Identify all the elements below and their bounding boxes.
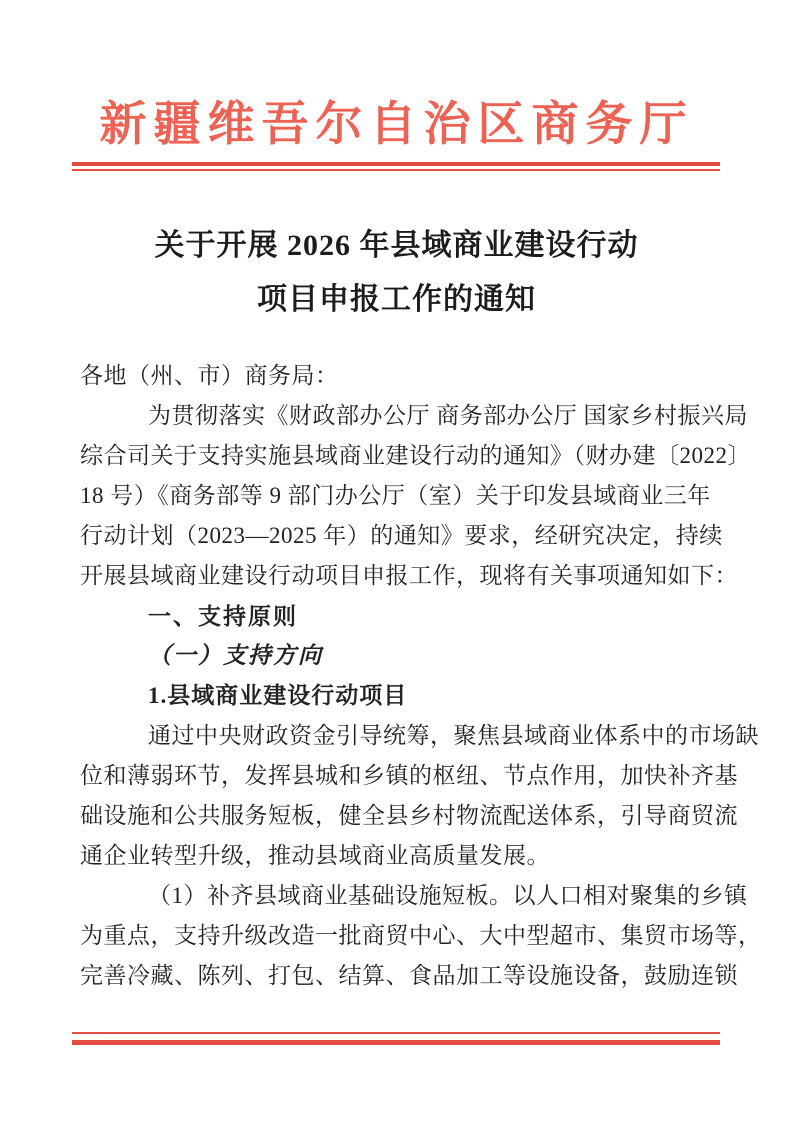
document-body: 各地（州、市）商务局： 为贯彻落实《财政部办公厅 商务部办公厅 国家乡村振兴局 … xyxy=(80,356,716,996)
document-page: 新疆维吾尔自治区商务厅 关于开展 2026 年县域商业建设行动 项目申报工作的通… xyxy=(0,0,793,1122)
body-line: 位和薄弱环节，发挥县城和乡镇的枢纽、节点作用，加快补齐基 xyxy=(80,756,716,796)
body-line: 18 号）《商务部等 9 部门办公厅（室）关于印发县域商业三年 xyxy=(80,476,716,516)
section-heading-1: 一、支持原则 xyxy=(80,596,716,636)
title-line-2: 项目申报工作的通知 xyxy=(0,273,793,327)
agency-header: 新疆维吾尔自治区商务厅 xyxy=(0,96,793,154)
body-line: 综合司关于支持实施县域商业建设行动的通知》（财办建〔2022〕 xyxy=(80,436,716,476)
document-title: 关于开展 2026 年县域商业建设行动 项目申报工作的通知 xyxy=(0,219,793,327)
body-line: 通过中央财政资金引导统筹，聚焦县域商业体系中的市场缺 xyxy=(80,716,716,756)
body-line: 行动计划（2023—2025 年）的通知》要求，经研究决定，持续 xyxy=(80,516,716,556)
body-line: 通企业转型升级，推动县域商业高质量发展。 xyxy=(80,836,716,876)
body-line: 为贯彻落实《财政部办公厅 商务部办公厅 国家乡村振兴局 xyxy=(80,396,716,436)
body-line: 完善冷藏、陈列、打包、结算、食品加工等设施设备，鼓励连锁 xyxy=(80,956,716,996)
body-line: （1）补齐县域商业基础设施短板。以人口相对聚集的乡镇 xyxy=(80,876,716,916)
header-double-rule xyxy=(72,162,720,171)
body-line: 开展县域商业建设行动项目申报工作，现将有关事项通知如下： xyxy=(80,556,716,596)
body-line: 础设施和公共服务短板，健全县乡村物流配送体系，引导商贸流 xyxy=(80,796,716,836)
body-line: 为重点，支持升级改造一批商贸中心、大中型超市、集贸市场等， xyxy=(80,916,716,956)
footer-double-rule xyxy=(72,1032,720,1045)
section-heading-2: （一）支持方向 xyxy=(80,636,716,676)
salutation-line: 各地（州、市）商务局： xyxy=(80,356,716,396)
title-line-1: 关于开展 2026 年县域商业建设行动 xyxy=(0,219,793,273)
section-heading-3: 1.县域商业建设行动项目 xyxy=(80,676,716,716)
